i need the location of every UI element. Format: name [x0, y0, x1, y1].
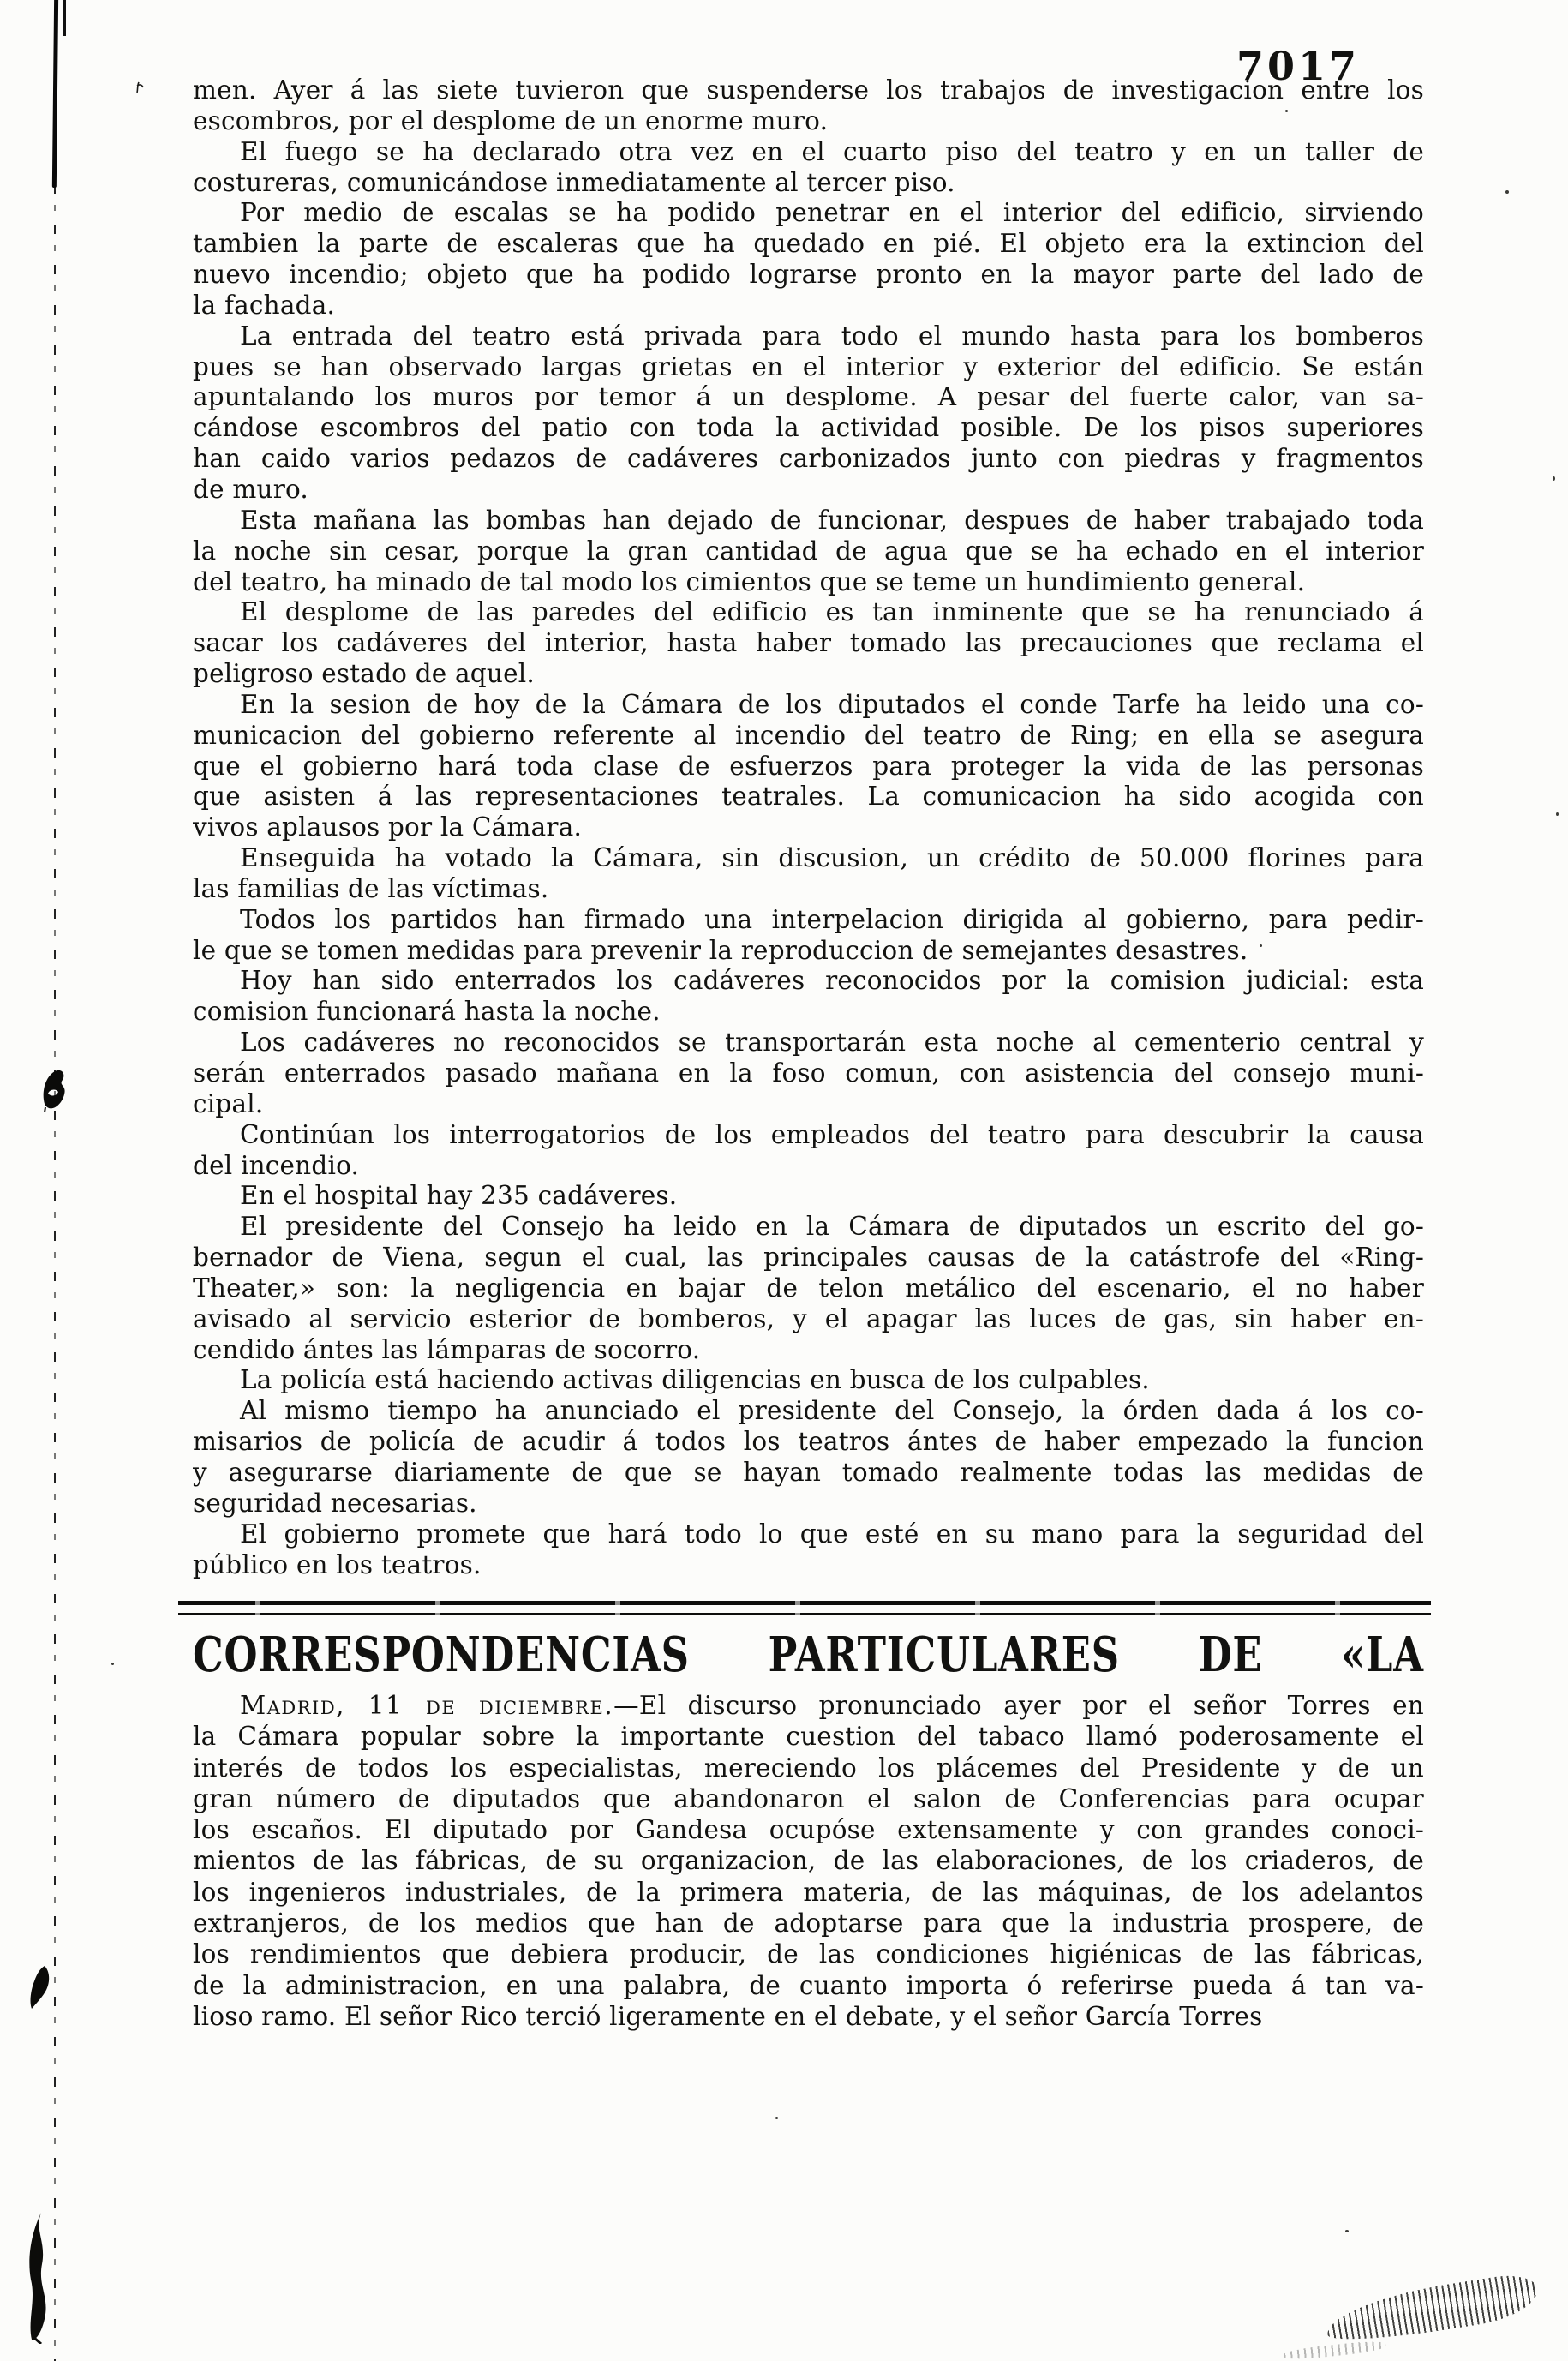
text-line: Enseguida ha votado la Cámara, sin discu…: [193, 843, 1424, 874]
spine-line-top-2: [63, 0, 66, 36]
scan-speck: [1345, 2230, 1349, 2232]
text-line: El gobierno promete que hará todo lo que…: [193, 1519, 1424, 1550]
text-line: Continúan los interrogatorios de los emp…: [193, 1120, 1424, 1151]
scan-speck: [1505, 190, 1509, 194]
text-line: Todos los partidos han firmado una inter…: [193, 905, 1424, 936]
dateline: Madrid, 11 de diciembre.: [240, 1691, 613, 1720]
text-line: En la sesion de hoy de la Cámara de los …: [193, 690, 1424, 721]
text-line: Al mismo tiempo ha anunciado el presiden…: [193, 1396, 1424, 1427]
scan-speck: [1553, 476, 1555, 481]
text-line: apuntalando los muros por temor á un des…: [193, 382, 1424, 413]
text-line: bernador de Viena, segun el cual, las pr…: [193, 1243, 1424, 1273]
ink-mark-3: [24, 2211, 57, 2344]
text-line: y asegurarse diariamente de que se hayan…: [193, 1458, 1424, 1489]
text-line: escombros, por el desplome de un enorme …: [193, 106, 1424, 137]
text-line: del incendio.: [193, 1151, 1424, 1182]
text-line: pues se han observado largas grietas en …: [193, 352, 1424, 383]
text-line: municacion del gobierno referente al inc…: [193, 721, 1424, 752]
text-line: Madrid, 11 de diciembre.—El discurso pro…: [193, 1690, 1424, 1721]
text-line: serán enterrados pasado mañana en la fos…: [193, 1058, 1424, 1089]
text-line: del teatro, ha minado de tal modo los ci…: [193, 567, 1424, 598]
text-line: los rendimientos que debiera producir, d…: [193, 1939, 1424, 1969]
text-line: avisado al servicio esterior de bomberos…: [193, 1304, 1424, 1335]
text-line: vivos aplausos por la Cámara.: [193, 812, 1424, 843]
scan-speck: [1556, 812, 1559, 816]
text-line: que el gobierno hará toda clase de esfue…: [193, 752, 1424, 782]
text-line: El fuego se ha declarado otra vez en el …: [193, 137, 1424, 168]
text-line: cendido ántes las lámparas de socorro.: [193, 1335, 1424, 1366]
article-body-2: Madrid, 11 de diciembre.—El discurso pro…: [193, 1690, 1424, 2032]
text-line: Por medio de escalas se ha podido penetr…: [193, 198, 1424, 229]
text-line: las familias de las víctimas.: [193, 874, 1424, 905]
section-divider-rule-bottom: [178, 1613, 1431, 1615]
scan-speck: [1260, 944, 1262, 947]
text-line: comision funcionará hasta la noche.: [193, 997, 1424, 1028]
text-line: sacar los cadáveres del interior, hasta …: [193, 628, 1424, 659]
scan-speck: [775, 2117, 778, 2119]
text-line: que asisten á las representaciones teatr…: [193, 782, 1424, 812]
scan-speck: [111, 1663, 114, 1665]
text-line: costureras, comunicándose inmediatamente…: [193, 168, 1424, 199]
text-line: Los cadáveres no reconocidos se transpor…: [193, 1028, 1424, 1058]
text-line: La entrada del teatro está privada para …: [193, 321, 1424, 352]
text-line: El desplome de las paredes del edificio …: [193, 597, 1424, 628]
text-line: mientos de las fábricas, de su organizac…: [193, 1845, 1424, 1876]
scan-speck: [1285, 110, 1288, 112]
text-line: Hoy han sido enterrados los cadáveres re…: [193, 966, 1424, 997]
spine-line-dashed: [54, 184, 56, 2361]
text-line: En el hospital hay 235 cadáveres.: [193, 1181, 1424, 1212]
text-line: han caido varios pedazos de cadáveres ca…: [193, 444, 1424, 475]
text-line: los ingenieros industriales, de la prime…: [193, 1877, 1424, 1908]
ink-mark-2: [27, 1964, 53, 2010]
scan-noise-corner: [1323, 2271, 1541, 2348]
text-line: la Cámara popular sobre la importante cu…: [193, 1721, 1424, 1752]
text-line: lioso ramo. El señor Rico terció ligeram…: [193, 2001, 1424, 2032]
text-line: la fachada.: [193, 291, 1424, 321]
ink-mark-1: [39, 1068, 70, 1112]
text-line: nuevo incendio; objeto que ha podido log…: [193, 260, 1424, 291]
text-line: la noche sin cesar, porque la gran canti…: [193, 536, 1424, 567]
text-line: le que se tomen medidas para prevenir la…: [193, 936, 1424, 967]
text-line: men. Ayer á las siete tuvieron que suspe…: [193, 75, 1424, 106]
text-line: gran número de diputados que abandonaron…: [193, 1783, 1424, 1814]
newspaper-page: 7017 men. Ayer á las siete tuvieron que …: [0, 0, 1568, 2361]
text-line: extranjeros, de los medios que han de ad…: [193, 1908, 1424, 1939]
text-line: Esta mañana las bombas han dejado de fun…: [193, 506, 1424, 536]
text-line: de la administracion, en una palabra, de…: [193, 1970, 1424, 2001]
text-line: público en los teatros.: [193, 1550, 1424, 1581]
text-line: cipal.: [193, 1089, 1424, 1120]
text-line: El presidente del Consejo ha leido en la…: [193, 1212, 1424, 1243]
text-line: La policía está haciendo activas diligen…: [193, 1365, 1424, 1396]
section-divider-rule-top: [178, 1601, 1431, 1605]
text-line: misarios de policía de acudir á todos lo…: [193, 1427, 1424, 1458]
spine-line-top: [52, 0, 58, 188]
text-line: peligroso estado de aquel.: [193, 659, 1424, 690]
text-line: interés de todos los especialistas, mere…: [193, 1753, 1424, 1783]
article-body-1: men. Ayer á las siete tuvieron que suspe…: [193, 75, 1424, 1580]
text-line: tambien la parte de escaleras que ha que…: [193, 229, 1424, 260]
text-line: seguridad necesarias.: [193, 1489, 1424, 1519]
scan-noise-corner-2: [1284, 2340, 1387, 2361]
text-line: de muro.: [193, 475, 1424, 506]
text-line: cándose escombros del patio con toda la …: [193, 413, 1424, 444]
text-line: los escaños. El diputado por Gandesa ocu…: [193, 1814, 1424, 1845]
scan-speck-mark: [134, 81, 146, 98]
text-line: Theater,» son: la negligencia en bajar d…: [193, 1273, 1424, 1304]
section-title: CORRESPONDENCIAS PARTICULARES DE «LA VAN…: [193, 1627, 1424, 1680]
